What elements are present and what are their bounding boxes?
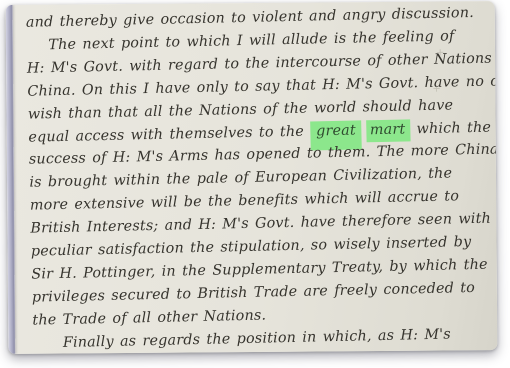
manuscript-text: and thereby give occasion to violent and… bbox=[22, 2, 491, 354]
line-text-before-highlight: equal access with themselves to the bbox=[28, 123, 304, 145]
manuscript-page: and thereby give occasion to violent and… bbox=[6, 1, 498, 354]
highlight-mart: mart bbox=[366, 119, 411, 142]
pencil-mark-icon: + bbox=[436, 47, 444, 58]
pencil-mark-icon: + bbox=[432, 84, 440, 95]
page-bound-edge bbox=[6, 5, 16, 354]
line-text-after-highlight: which the bbox=[410, 119, 491, 137]
screenshot-canvas: and thereby give occasion to violent and… bbox=[0, 0, 510, 368]
